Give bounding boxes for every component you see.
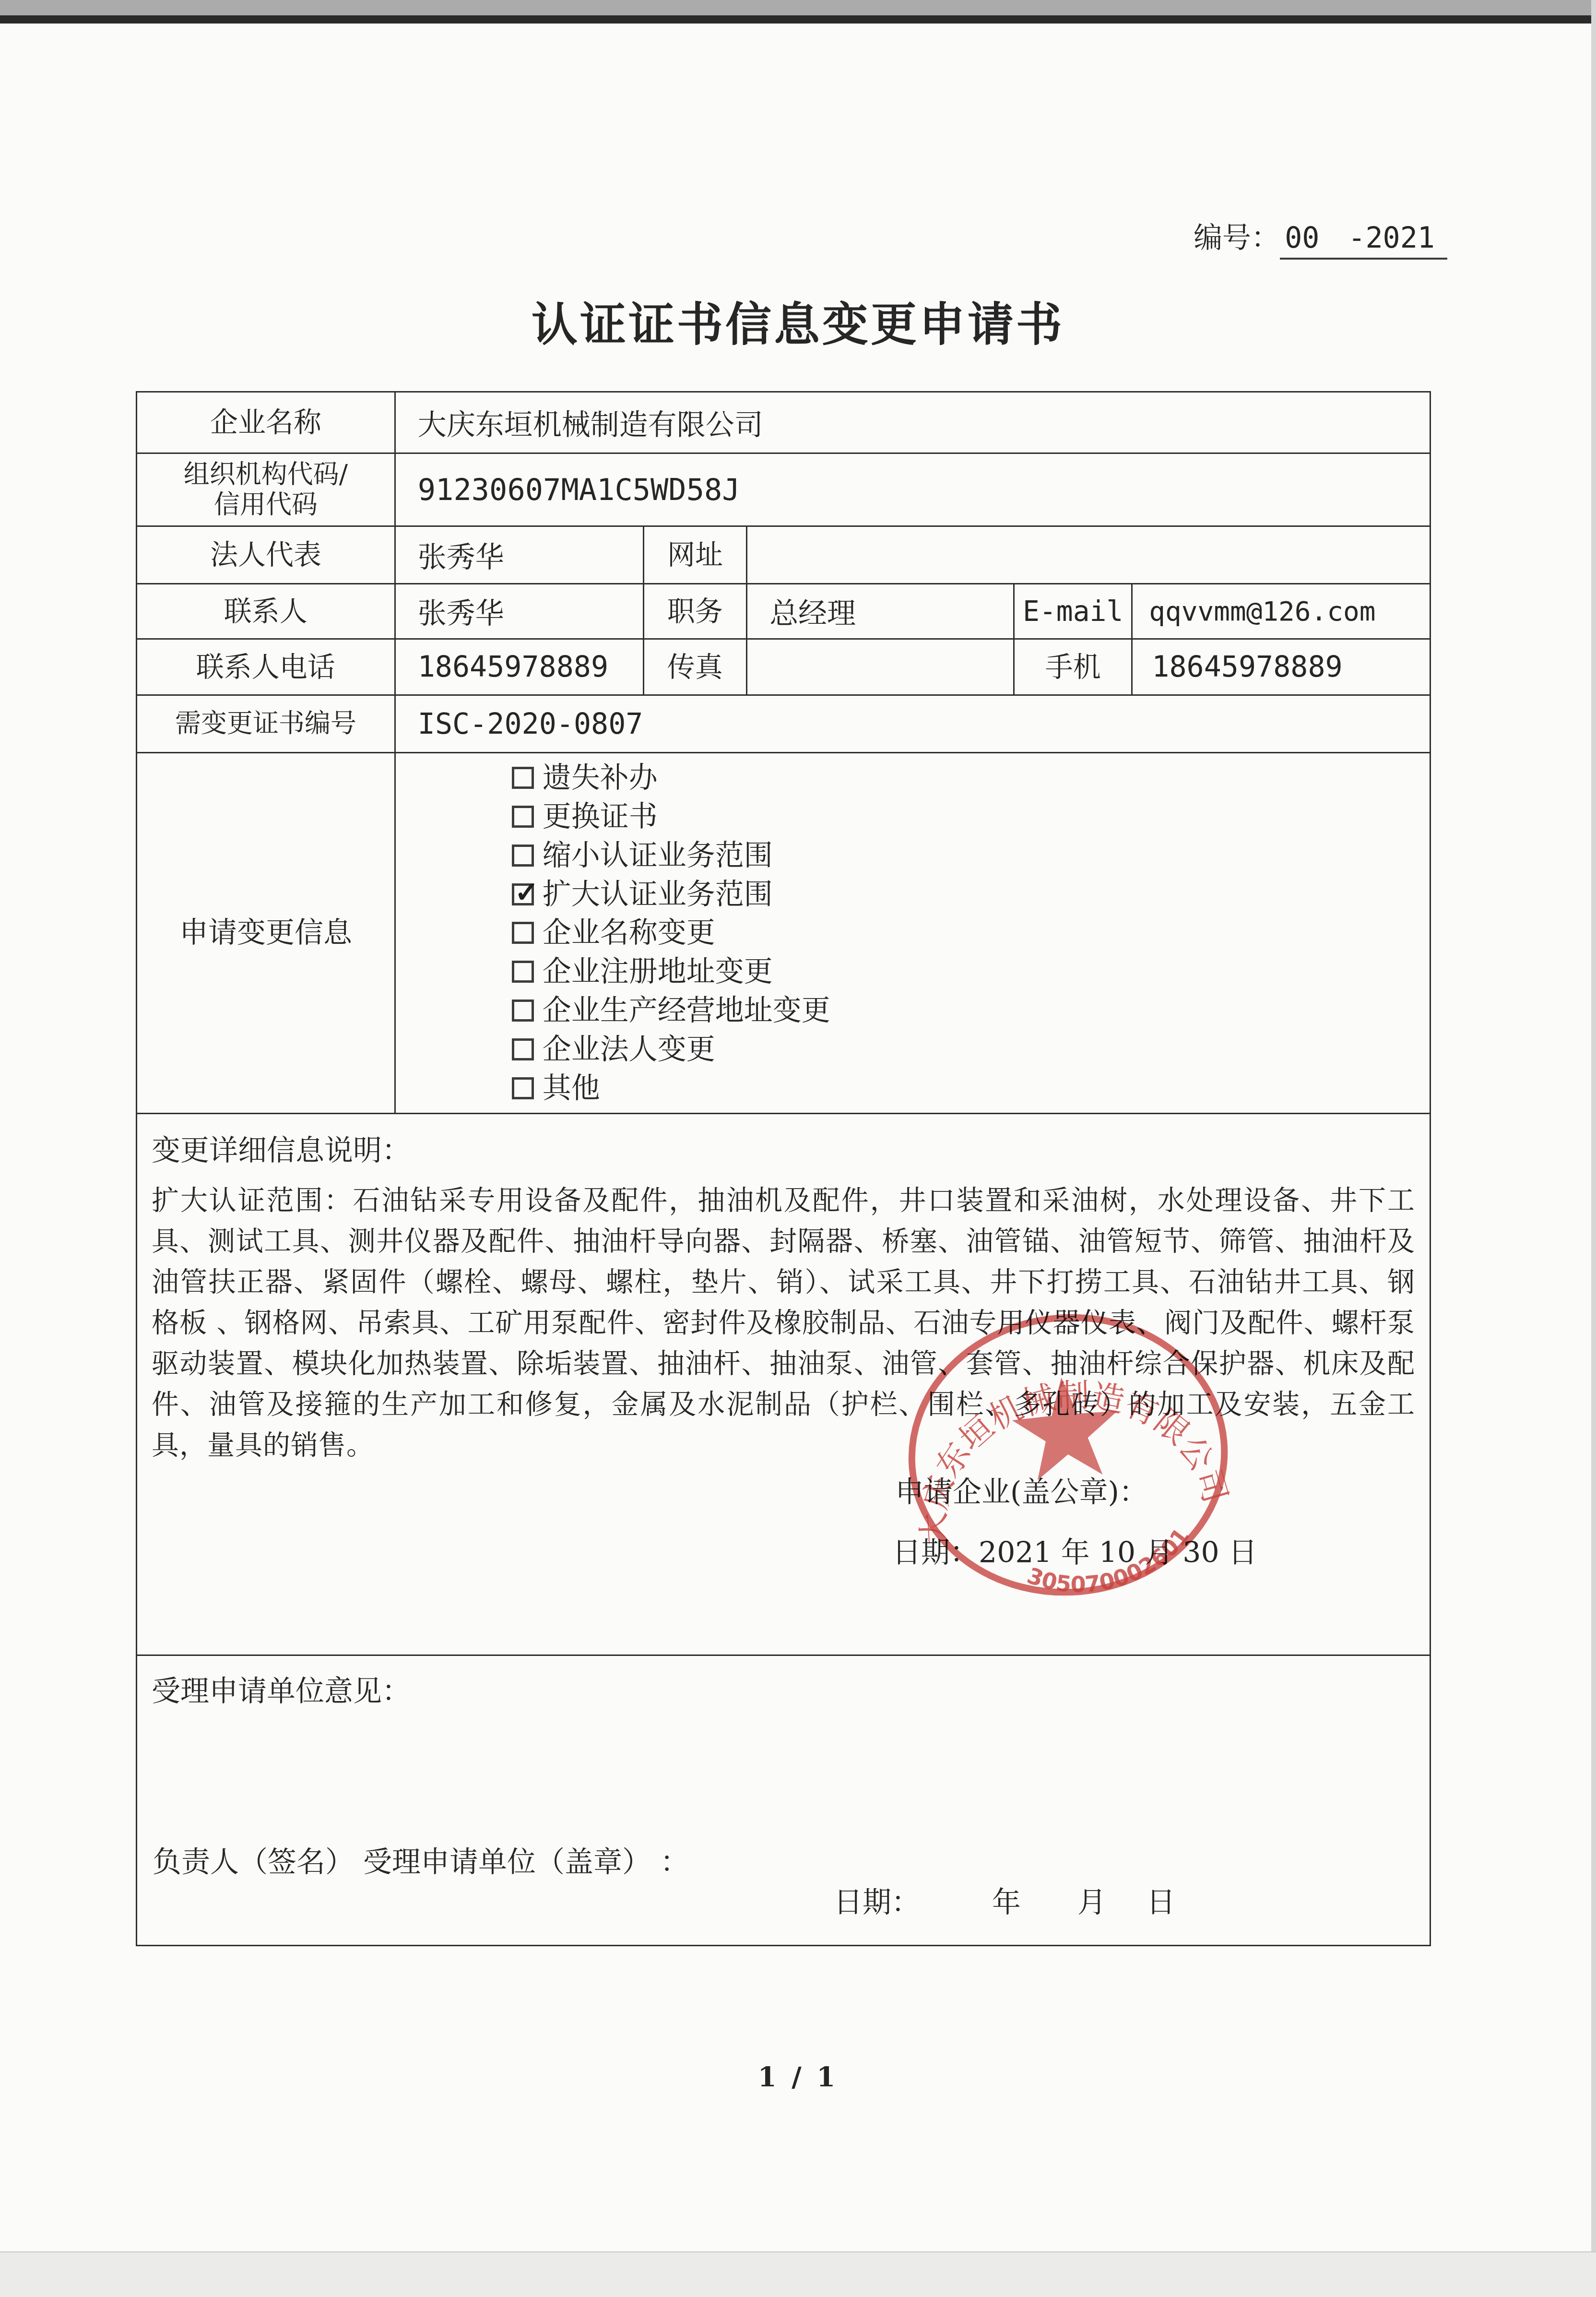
checkbox-icon xyxy=(512,922,534,944)
change-option: 企业注册地址变更 xyxy=(512,957,1430,986)
email-value: qqvvmm@126.com xyxy=(1131,584,1430,638)
contact-phone-value: 18645978889 xyxy=(394,640,643,694)
cert-no-label: 需变更证书编号 xyxy=(137,696,394,752)
change-option-label: 缩小认证业务范围 xyxy=(543,841,773,870)
scan-top-band xyxy=(0,0,1596,15)
page-number: 1 / 1 xyxy=(0,2061,1596,2093)
change-option: 遗失补办 xyxy=(512,763,1430,792)
website-value xyxy=(746,527,1430,583)
acceptance-date-label: 日期： xyxy=(834,1886,920,1919)
change-option: 其他 xyxy=(512,1074,1430,1103)
cert-no-value: ISC-2020-0807 xyxy=(394,696,1430,752)
change-option-label: 企业名称变更 xyxy=(543,918,715,947)
change-option: 更换证书 xyxy=(512,802,1430,831)
contact-value: 张秀华 xyxy=(394,584,643,638)
position-label: 职务 xyxy=(643,584,746,638)
page-title: 认证证书信息变更申请书 xyxy=(0,288,1596,354)
doc-number-label: 编号： xyxy=(1194,221,1280,255)
company-name-label: 企业名称 xyxy=(137,393,394,452)
change-request-label: 申请变更信息 xyxy=(137,753,394,1113)
scan-bottom-background xyxy=(0,2251,1596,2297)
acceptance-date-day: 日 xyxy=(1147,1886,1175,1919)
fax-value xyxy=(746,640,1013,694)
legal-rep-label: 法人代表 xyxy=(137,527,394,583)
fax-label: 传真 xyxy=(643,640,746,694)
change-option: 缩小认证业务范围 xyxy=(512,841,1430,870)
table-row-contact-phone: 联系人电话 18645978889 传真 手机 18645978889 xyxy=(137,638,1430,694)
mobile-label: 手机 xyxy=(1013,640,1131,694)
change-option-label: 遗失补办 xyxy=(543,763,658,792)
checkbox-icon xyxy=(512,845,534,867)
table-row-legal-rep: 法人代表 张秀华 网址 xyxy=(137,525,1430,583)
legal-rep-value: 张秀华 xyxy=(394,527,643,583)
detail-heading: 变更详细信息说明： xyxy=(152,1128,1415,1169)
acceptance-date-month: 月 xyxy=(1077,1886,1106,1919)
applicant-seal-line: 申请企业(盖公章)： xyxy=(895,1469,1148,1511)
acceptance-date-line: 日期：年月日 xyxy=(834,1880,1175,1921)
checkbox-icon xyxy=(512,1038,534,1060)
table-row-company-name: 企业名称 大庆东垣机械制造有限公司 xyxy=(137,393,1430,452)
checkbox-icon xyxy=(512,1000,534,1022)
doc-number-value: 00 -2021 xyxy=(1280,221,1447,260)
acceptance-heading: 受理申请单位意见： xyxy=(152,1668,1415,1710)
application-form-table: 企业名称 大庆东垣机械制造有限公司 组织机构代码/ 信用代码 91230607M… xyxy=(136,391,1431,1946)
applicant-date-line: 日期：2021 年 10 月 30 日 xyxy=(892,1530,1257,1571)
table-row-contact: 联系人 张秀华 职务 总经理 E-mail qqvvmm@126.com xyxy=(137,583,1430,638)
checkbox-checked-icon xyxy=(512,883,534,905)
change-option-label: 其他 xyxy=(543,1074,600,1103)
change-option: 扩大认证业务范围 xyxy=(512,880,1430,909)
mobile-value: 18645978889 xyxy=(1131,640,1430,694)
position-value: 总经理 xyxy=(746,584,1013,638)
change-option: 企业法人变更 xyxy=(512,1035,1430,1064)
acceptance-signer-line: 负责人（签名） 受理申请单位（盖章） ： xyxy=(153,1839,689,1880)
contact-label: 联系人 xyxy=(137,584,394,638)
checkbox-icon xyxy=(512,767,534,789)
checkbox-icon xyxy=(512,1077,534,1099)
change-option-label: 企业法人变更 xyxy=(543,1035,715,1064)
company-name-value: 大庆东垣机械制造有限公司 xyxy=(394,393,1430,452)
email-label: E-mail xyxy=(1013,584,1131,638)
acceptance-date-year: 年 xyxy=(992,1886,1021,1919)
change-option-label: 企业生产经营地址变更 xyxy=(543,996,830,1025)
table-row-cert-no: 需变更证书编号 ISC-2020-0807 xyxy=(137,694,1430,752)
change-option: 企业生产经营地址变更 xyxy=(512,996,1430,1025)
table-row-org-code: 组织机构代码/ 信用代码 91230607MA1C5WD58J xyxy=(137,452,1430,525)
org-code-label: 组织机构代码/ 信用代码 xyxy=(137,454,394,525)
org-code-label-line2: 信用代码 xyxy=(214,490,318,520)
detail-paragraph: 扩大认证范围：石油钻采专用设备及配件，抽油机及配件，井口装置和采油树，水处理设备… xyxy=(152,1180,1415,1466)
org-code-label-line1: 组织机构代码/ xyxy=(184,460,348,489)
doc-number: 编号：00 -2021 xyxy=(1194,215,1447,256)
website-label: 网址 xyxy=(643,527,746,583)
change-options-list: 遗失补办 更换证书 缩小认证业务范围 扩大认证业务范围 企业名称变更 企业注册地… xyxy=(396,753,1430,1113)
scan-top-edge-line xyxy=(0,15,1596,24)
change-request-options-cell: 遗失补办 更换证书 缩小认证业务范围 扩大认证业务范围 企业名称变更 企业注册地… xyxy=(394,753,1430,1113)
change-option-label: 更换证书 xyxy=(543,802,658,831)
detail-section: 变更详细信息说明： 扩大认证范围：石油钻采专用设备及配件，抽油机及配件，井口装置… xyxy=(137,1113,1430,1654)
change-option: 企业名称变更 xyxy=(512,918,1430,947)
checkbox-icon xyxy=(512,806,534,828)
org-code-value: 91230607MA1C5WD58J xyxy=(394,454,1430,525)
acceptance-section: 受理申请单位意见： 负责人（签名） 受理申请单位（盖章） ： 日期：年月日 xyxy=(137,1654,1430,1945)
table-row-change-request: 申请变更信息 遗失补办 更换证书 缩小认证业务范围 扩大认证业务范围 企业名称变… xyxy=(137,752,1430,1113)
contact-phone-label: 联系人电话 xyxy=(137,640,394,694)
change-option-label: 企业注册地址变更 xyxy=(543,957,773,986)
change-option-label: 扩大认证业务范围 xyxy=(543,880,773,909)
checkbox-icon xyxy=(512,961,534,983)
